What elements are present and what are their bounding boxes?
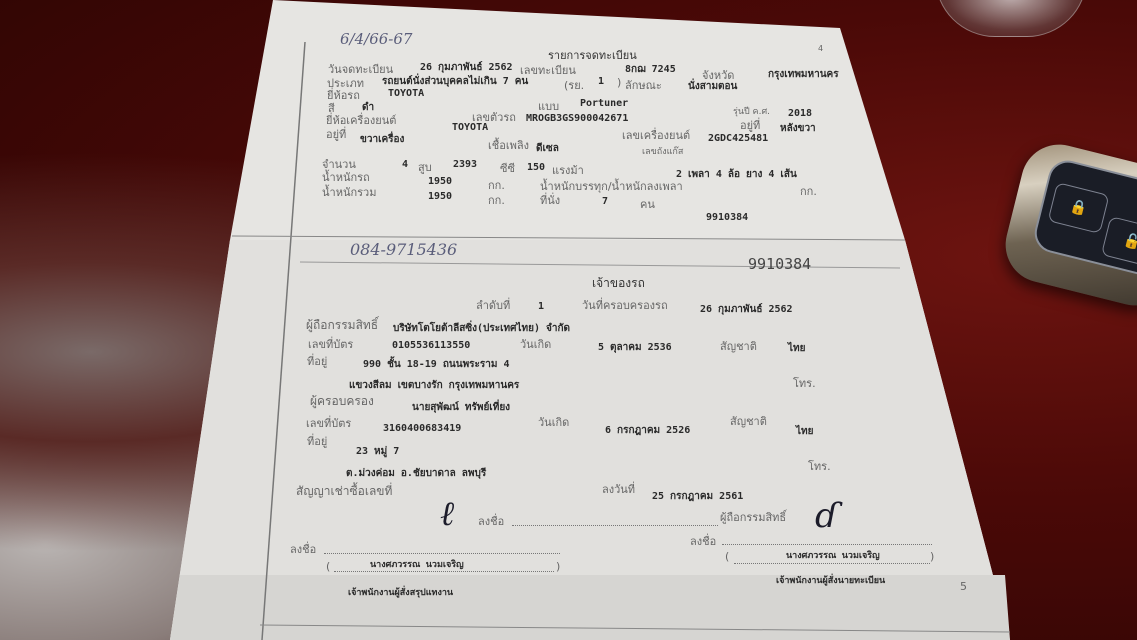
- seats-label: ที่นั่ง: [540, 191, 560, 209]
- owner-label: ผู้ถือกรรมสิทธิ์: [306, 316, 378, 335]
- gross-unit: กก.: [488, 191, 505, 209]
- poss-nat-label: สัญชาติ: [730, 412, 767, 430]
- stamp-number: 9910384: [748, 255, 811, 273]
- reg-date: 26 กุมภาพันธ์ 2562: [420, 60, 513, 75]
- owner-sign-suffix: ผู้ถือกรรมสิทธิ์: [720, 508, 786, 526]
- signature-line: [722, 543, 932, 545]
- paren-open: (: [326, 560, 330, 573]
- page-number: 5: [960, 580, 967, 593]
- paren-open: (: [725, 550, 729, 563]
- vehicle-type: รถยนต์นั่งส่วนบุคคลไม่เกิน 7 คน: [382, 74, 528, 89]
- owner-birth-label: วันเกิด: [520, 335, 551, 353]
- gross-label: น้ำหนักรวม: [322, 183, 376, 201]
- handwritten-phone: 084-9715436: [350, 240, 457, 259]
- official-name-left: นางศภวรรณ นวมเจริญ: [370, 557, 464, 571]
- fuel: ดีเซล: [536, 141, 559, 156]
- body-style: นั่งสามตอน: [688, 79, 737, 94]
- plate: 8กฌ 7245: [625, 62, 676, 77]
- load-unit: กก.: [800, 182, 817, 200]
- page-marker: 4: [818, 44, 823, 53]
- rs-label: (รย.: [564, 76, 584, 94]
- engine-location: ขวาเครื่อง: [360, 132, 404, 147]
- owner-id-label: เลขที่บัตร: [308, 335, 353, 353]
- load-label: น้ำหนักบรรทุก/น้ำหนักลงเพลา: [540, 177, 683, 195]
- chassis-number: MROGB3GS900042671: [526, 113, 628, 124]
- chassis-location: หลังขวา: [780, 121, 816, 136]
- possess-date-label: วันที่ครอบครองรถ: [582, 296, 668, 314]
- cyl-unit: สูบ: [418, 158, 432, 176]
- owner-address-2: แขวงสีลม เขตบางรัก กรุงเทพมหานคร: [349, 378, 519, 393]
- paper-sheet: [0, 0, 1137, 640]
- possessor-tel-label: โทร.: [808, 457, 831, 475]
- cc: 2393: [453, 159, 477, 170]
- contract-label: สัญญาเช่าซื้อเลขที่: [296, 482, 392, 501]
- seats: 7: [602, 196, 608, 207]
- owner-birth: 5 ตุลาคม 2536: [598, 340, 672, 355]
- possessor-address-2: ต.ม่วงค่อม อ.ชัยบาดาล ลพบุรี: [346, 466, 486, 481]
- owner-nat-label: สัญชาติ: [720, 337, 757, 355]
- possessor-id: 3160400683419: [383, 423, 461, 434]
- signature-left: ℓ: [440, 494, 454, 534]
- poss-birth-label: วันเกิด: [538, 413, 569, 431]
- model: Portuner: [580, 98, 628, 109]
- gas-tank-label: เลขถังแก๊ส: [642, 144, 683, 158]
- doc-number: 9910384: [706, 212, 748, 223]
- cylinders: 4: [402, 159, 408, 170]
- owner-address-1: 990 ชั้น 18-19 ถนนพระราม 4: [363, 357, 510, 372]
- official-name-right: นางศภวรรณ นวมเจริญ: [786, 548, 880, 562]
- seats-unit: คน: [640, 195, 655, 213]
- chassis-loc-label: อยู่ที่: [740, 116, 760, 134]
- name-line: [734, 562, 930, 564]
- signature-line: [324, 552, 560, 554]
- cc-unit: ซีซี: [500, 159, 515, 177]
- owner-addr-label: ที่อยู่: [307, 352, 327, 370]
- signature-line: [512, 524, 718, 526]
- engine-no-label: เลขเครื่องยนต์: [622, 126, 690, 144]
- horsepower: 150: [527, 162, 545, 173]
- poss-addr-label: ที่อยู่: [307, 432, 327, 450]
- owner-id: 0105536113550: [392, 340, 470, 351]
- brand: TOYOTA: [388, 88, 424, 99]
- possessor-name: นายสุพัฒน์ ทรัพย์เที่ยง: [412, 400, 510, 415]
- possessor-address-1: 23 หมู่ 7: [356, 444, 399, 459]
- paren-close: ): [556, 560, 560, 573]
- seq: 1: [538, 301, 544, 312]
- sign-label-1: ลงชื่อ: [478, 512, 504, 530]
- engine-number: 2GDC425481: [708, 133, 768, 144]
- owner-name: บริษัทโตโยต้าลีสซิ่ง(ประเทศไทย) จำกัด: [393, 321, 570, 336]
- rs-close: ): [617, 76, 621, 89]
- style-label: ลักษณะ: [625, 76, 662, 94]
- province: กรุงเทพมหานคร: [768, 67, 839, 82]
- possessor-birth: 6 กรกฎาคม 2526: [605, 423, 690, 438]
- signed-date: 25 กรกฎาคม 2561: [652, 489, 743, 504]
- owner-tel-label: โทร.: [793, 374, 816, 392]
- sign-label-2: ลงชื่อ: [290, 540, 316, 558]
- possessor-nationality: ไทย: [796, 424, 813, 439]
- vehicle-weight: 1950: [428, 176, 452, 187]
- possessor-label: ผู้ครอบครอง: [310, 392, 374, 411]
- paren-close: ): [930, 550, 934, 563]
- registration-document: 6/4/66-67 รายการจดทะเบียน 4 วันจดทะเบียน…: [0, 0, 1137, 640]
- rs-value: 1: [598, 76, 604, 87]
- engine-brand: TOYOTA: [452, 122, 488, 133]
- seq-label: ลำดับที่: [476, 296, 510, 314]
- name-line: [334, 570, 554, 572]
- engine-loc-label: อยู่ที่: [326, 125, 346, 143]
- owner-nationality: ไทย: [788, 341, 805, 356]
- official-title-left: เจ้าพนักงานผู้สั่งสรุปแทงาน: [348, 585, 453, 599]
- fuel-label: เชื้อเพลิง: [488, 136, 529, 154]
- signature-right: ɗ: [815, 496, 838, 536]
- sign-label-3: ลงชื่อ: [690, 532, 716, 550]
- official-title-right: เจ้าพนักงานผู้สั่งนายทะเบียน: [776, 573, 885, 587]
- signed-date-label: ลงวันที่: [602, 480, 635, 498]
- model-year: 2018: [788, 108, 812, 119]
- owner-heading: เจ้าของรถ: [592, 274, 645, 293]
- handwritten-date: 6/4/66-67: [340, 30, 412, 48]
- axles-wheels: 2 เพลา 4 ล้อ ยาง 4 เส้น: [676, 167, 797, 182]
- possess-date: 26 กุมภาพันธ์ 2562: [700, 302, 793, 317]
- gross-weight: 1950: [428, 191, 452, 202]
- poss-id-label: เลขที่บัตร: [306, 414, 351, 432]
